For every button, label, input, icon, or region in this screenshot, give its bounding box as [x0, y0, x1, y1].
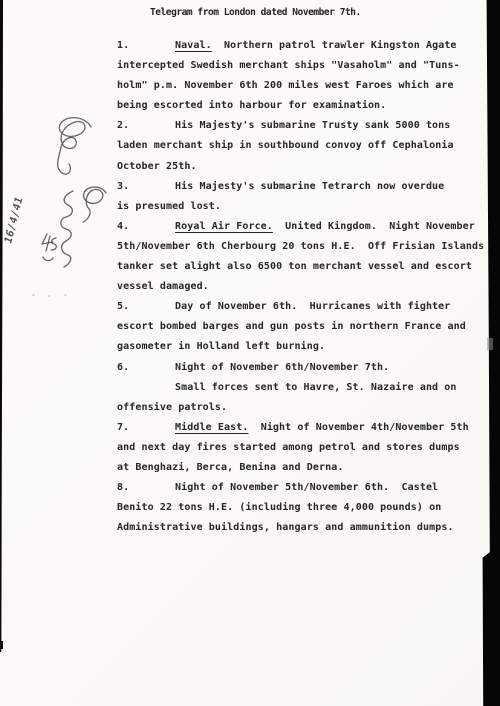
document-line: 6.Night of November 6th/November 7th.: [117, 358, 497, 378]
scanned-telegram-page: Telegram from London dated November 7th.…: [0, 0, 500, 706]
handwritten-mark-stroke-4: [43, 257, 53, 261]
document-line: October 25th.: [117, 157, 497, 177]
document-line: being escorted into harbour for examinat…: [117, 96, 497, 116]
underlined-heading: Naval.: [175, 40, 212, 51]
document-line: tanker set alight also 6500 ton merchant…: [117, 257, 497, 277]
document-line: Administrative buildings, hangars and am…: [117, 518, 497, 538]
document-line: offensive patrols.: [117, 398, 497, 418]
document-line: 7.Middle East. Night of November 4th/Nov…: [117, 418, 497, 438]
paragraph-number: 1.: [117, 36, 129, 56]
paragraph-number: 8.: [117, 478, 129, 498]
document-line: Small forces sent to Havre, St. Nazaire …: [117, 378, 497, 398]
document-line: 5.Day of November 6th. Hurricanes with f…: [117, 297, 497, 317]
document-line: laden merchant ship in southbound convoy…: [117, 136, 497, 156]
scan-speck: [48, 295, 50, 297]
handwritten-mark-stroke-3: [51, 238, 56, 250]
paragraph-number: 5.: [117, 297, 129, 317]
document-line: 3.His Majesty's submarine Tetrarch now o…: [117, 177, 497, 197]
scan-speck: [210, 129, 212, 131]
document-title: Telegram from London dated November 7th.: [150, 7, 361, 18]
document-line: gasometer in Holland left burning.: [117, 337, 497, 357]
underlined-heading: Royal Air Force.: [175, 221, 273, 232]
handwritten-vertical-squiggle: [61, 191, 73, 267]
document-line: escort bombed barges and gun posts in no…: [117, 317, 497, 337]
scan-speck: [397, 423, 399, 425]
document-line: is presumed lost.: [117, 197, 497, 217]
document-line: and next day fires started among petrol …: [117, 438, 497, 458]
document-line: at Benghazi, Berca, Benina and Derna.: [117, 458, 497, 478]
document-line: intercepted Swedish merchant ships "Vasa…: [117, 56, 497, 76]
handwritten-scribble-initials-2: [83, 187, 106, 222]
document-line: 2.His Majesty's submarine Trusty sank 50…: [117, 116, 497, 136]
document-line: vessel damaged.: [117, 277, 497, 297]
scan-edge-left: [0, 0, 3, 652]
handwritten-scribble-initials-1: [58, 118, 91, 175]
document-line: 5th/November 6th Cherbourg 20 tons H.E. …: [117, 237, 497, 257]
document-line: Benito 22 tons H.E. (including three 4,0…: [117, 498, 497, 518]
scan-speck: [265, 43, 267, 45]
paragraph-number: 6.: [117, 358, 129, 378]
document-line: 4.Royal Air Force. United Kingdom. Night…: [117, 217, 497, 237]
document-line: holm" p.m. November 6th 200 miles west F…: [117, 76, 497, 96]
document-line: 1.Naval. Northern patrol trawler Kingsto…: [117, 36, 497, 56]
scan-edge-left-blob: [0, 641, 3, 649]
document-line: 8.Night of November 5th/November 6th. Ca…: [117, 478, 497, 498]
scan-speck: [64, 294, 67, 296]
paragraph-number: 7.: [117, 418, 129, 438]
scan-speck: [32, 294, 35, 296]
underlined-heading: Middle East.: [175, 422, 248, 433]
document-body: 1.Naval. Northern patrol trawler Kingsto…: [117, 36, 497, 538]
